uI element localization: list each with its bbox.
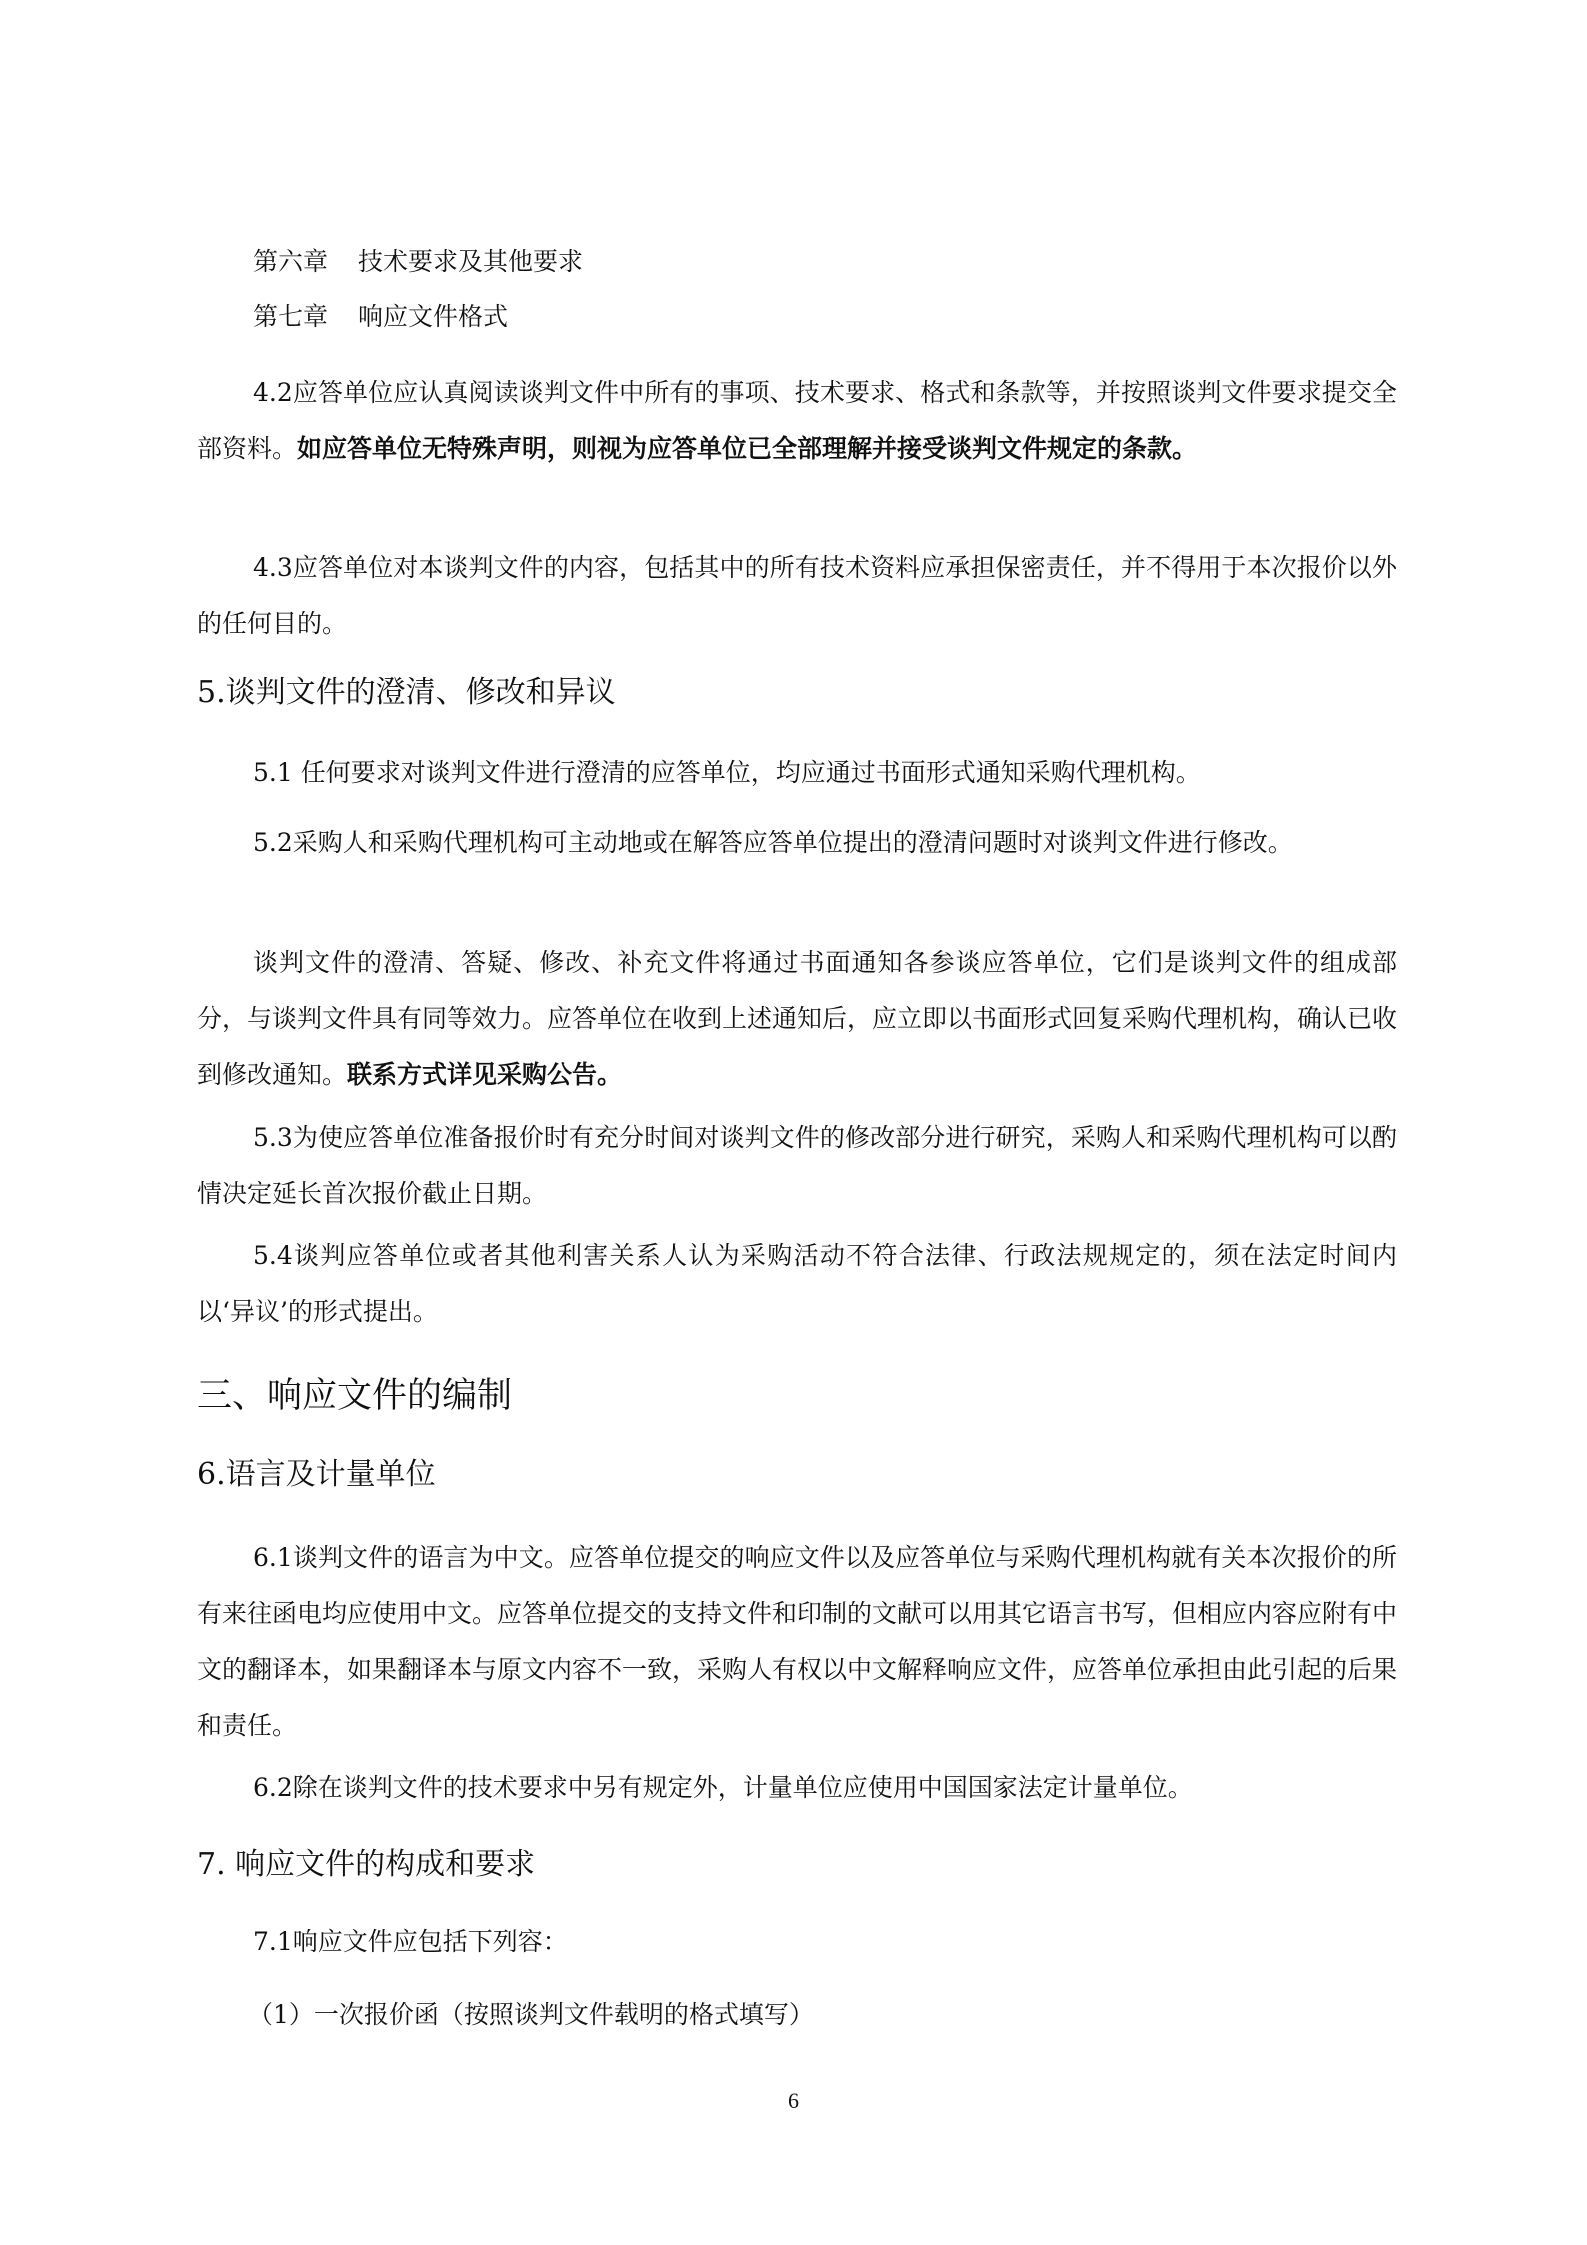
part-3-heading: 三、响应文件的编制 bbox=[197, 1373, 1397, 1419]
paragraph-bold-text: 如应答单位无特殊声明，则视为应答单位已全部理解并接受谈判文件规定的条款。 bbox=[297, 434, 1197, 463]
section-7-heading: 7. 响应文件的构成和要求 bbox=[197, 1845, 1397, 1885]
paragraph-5-2: 5.2采购人和采购代理机构可主动地或在解答应答单位提出的澄清问题时对谈判文件进行… bbox=[197, 815, 1397, 871]
paragraph-7-1: 7.1响应文件应包括下列容： bbox=[253, 1925, 1453, 1959]
paragraph-bold-text: 联系方式详见采购公告。 bbox=[347, 1060, 622, 1089]
chapter-title: 技术要求及其他要求 bbox=[358, 247, 583, 276]
paragraph-4-3: 4.3应答单位对本谈判文件的内容，包括其中的所有技术资料应承担保密责任，并不得用… bbox=[197, 540, 1397, 652]
section-5-heading: 5.谈判文件的澄清、修改和异议 bbox=[197, 673, 1397, 713]
chapter-7-line: 第七章响应文件格式 bbox=[253, 300, 1453, 334]
chapter-title: 响应文件格式 bbox=[358, 302, 508, 331]
chapter-number: 第七章 bbox=[253, 302, 328, 331]
chapter-6-line: 第六章技术要求及其他要求 bbox=[253, 245, 1453, 279]
section-6-heading: 6.语言及计量单位 bbox=[197, 1455, 1397, 1495]
paragraph-5-2-notice: 谈判文件的澄清、答疑、修改、补充文件将通过书面通知各参谈应答单位，它们是谈判文件… bbox=[197, 935, 1397, 1103]
list-item-1: （1）一次报价函（按照谈判文件载明的格式填写） bbox=[248, 1998, 1448, 2032]
paragraph-5-3: 5.3为使应答单位准备报价时有充分时间对谈判文件的修改部分进行研究，采购人和采购… bbox=[197, 1110, 1397, 1222]
paragraph-5-4: 5.4谈判应答单位或者其他利害关系人认为采购活动不符合法律、行政法规规定的，须在… bbox=[197, 1228, 1397, 1340]
page-number: 6 bbox=[0, 2088, 1587, 2114]
document-page: 第六章技术要求及其他要求 第七章响应文件格式 4.2应答单位应认真阅读谈判文件中… bbox=[0, 0, 1587, 2245]
chapter-number: 第六章 bbox=[253, 247, 328, 276]
paragraph-4-2: 4.2应答单位应认真阅读谈判文件中所有的事项、技术要求、格式和条款等，并按照谈判… bbox=[197, 365, 1397, 477]
paragraph-6-1: 6.1谈判文件的语言为中文。应答单位提交的响应文件以及应答单位与采购代理机构就有… bbox=[197, 1530, 1397, 1754]
paragraph-6-2: 6.2除在谈判文件的技术要求中另有规定外，计量单位应使用中国国家法定计量单位。 bbox=[197, 1760, 1397, 1816]
paragraph-5-1: 5.1 任何要求对谈判文件进行澄清的应答单位，均应通过书面形式通知采购代理机构。 bbox=[197, 745, 1397, 801]
